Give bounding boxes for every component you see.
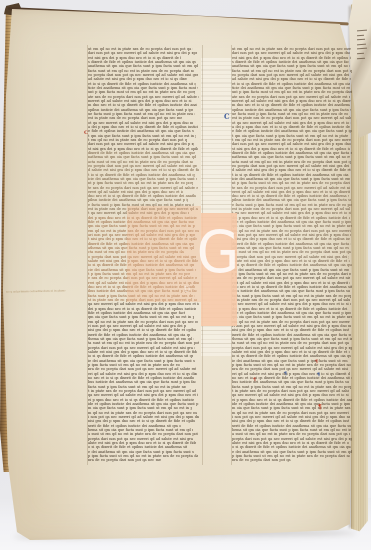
rubric-mark: ¶	[253, 378, 256, 383]
rubric-mark: ¶	[317, 373, 320, 378]
leaf-text-dash	[357, 48, 367, 50]
manuscript-photo: ut em qd no est in ptate nra de eo pcept…	[0, 0, 371, 550]
text-line: nra de eo pcepta dari non pot qa nec mer…	[88, 458, 161, 462]
rubric-mark: C	[224, 113, 230, 120]
watermark-subtext: D	[184, 285, 190, 294]
rubric-mark: ¶	[284, 372, 287, 377]
leaf-text-dash	[357, 34, 364, 36]
leaf-text-dash	[357, 57, 365, 59]
leaf-text-dash	[357, 39, 365, 41]
leaf-text-dash	[357, 43, 366, 45]
rubric-mark: C	[84, 131, 88, 136]
rubric-mark: ¶	[318, 405, 322, 411]
rubric-mark: ¶	[315, 360, 318, 365]
leaf-text-dash	[357, 30, 367, 32]
text-line: nra de eo pcepta dari non pot qa nec mer…	[232, 458, 291, 462]
text-column-right: ut em qd no est in ptate nra de eo pcept…	[232, 47, 352, 463]
leaf-text-dash	[357, 53, 364, 55]
watermark-letter: G	[194, 221, 242, 283]
